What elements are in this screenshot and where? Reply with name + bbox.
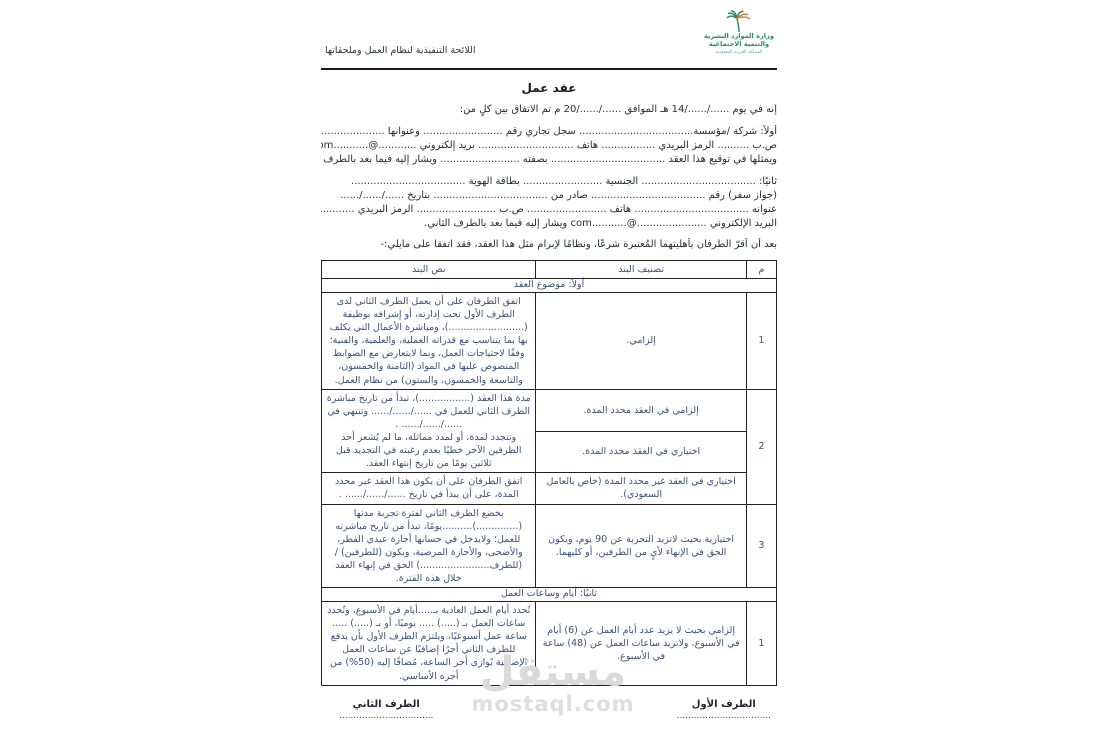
party1-block: أولاً: شركة /مؤسسة......................… <box>321 125 777 167</box>
header-num: م <box>746 261 776 279</box>
signature-party1: الطرف الأول ............................… <box>677 699 771 724</box>
palm-tree-icon <box>703 10 775 32</box>
clause-paragraph-2: وتتجدد لمدة، أو لمدد مماثلة، ما لم يُشعر… <box>326 431 531 470</box>
clause-text: تُحدد أيام العمل العادية بـ.....أيام في … <box>322 602 536 686</box>
clause-text: يخضع الطرف الثاني لفترة تجربة مدتها (...… <box>322 504 536 588</box>
classification-text: اختياري في العقد غير محدد المدة (خاص بال… <box>536 473 746 504</box>
page-header: وزارة الموارد البشرية والتنمية الاجتماعي… <box>321 0 777 70</box>
row-number: 3 <box>746 504 776 588</box>
classification-text: اختيارية بحيث لاتزيد التجربة عن 90 يوم، … <box>536 504 746 588</box>
contract-clauses-table: م تصنيف البند نص البند أولاً: موضوع العق… <box>321 260 777 686</box>
document-page: وزارة الموارد البشرية والتنمية الاجتماعي… <box>0 0 1096 744</box>
table-row: 3 اختيارية بحيث لاتزيد التجربة عن 90 يوم… <box>322 504 777 588</box>
table-row: 1 إلزامي. اتفق الطرفان على أن يعمل الطرف… <box>322 292 777 389</box>
signatures-block: الطرف الأول ............................… <box>321 699 777 724</box>
clause-text: مدة هذا العقد (.................)، تبدأ … <box>322 389 536 473</box>
clause-text: اتفق الطرفان على أن يكون هذا العقد غير م… <box>322 473 536 504</box>
signature-party1-label: الطرف الأول <box>677 699 771 710</box>
party1-line-1: أولاً: شركة /مؤسسة......................… <box>321 125 777 139</box>
classification-text: إلزامي بحيث لا يزيد عدد أيام العمل عن (6… <box>536 602 746 686</box>
clause-paragraph-1: مدة هذا العقد (.................)، تبدأ … <box>326 392 531 431</box>
contract-title: عقد عمل <box>321 81 777 95</box>
agreement-line: بعد أن أقرّ الطرفان بأهليتهما المُعتبرة … <box>321 238 777 252</box>
signature-party2-line: ................................. <box>339 710 433 724</box>
section1-title: أولاً: موضوع العقد <box>322 279 777 293</box>
table-row: 1 إلزامي بحيث لا يزيد عدد أيام العمل عن … <box>322 602 777 686</box>
signature-party2-label: الطرف الثاني <box>339 699 433 710</box>
table-row: اختياري في العقد غير محدد المدة (خاص بال… <box>322 473 777 504</box>
signature-party2: الطرف الثاني ...........................… <box>339 699 433 724</box>
party2-line-2: (جواز سفر) رقم .........................… <box>321 189 777 203</box>
row-number: 1 <box>746 292 776 389</box>
header-clause: نص البند <box>322 261 536 279</box>
classification-text: اختياري في العقد محدد المدة. <box>536 431 746 473</box>
section1-title-row: أولاً: موضوع العقد <box>322 279 777 293</box>
table-header-row: م تصنيف البند نص البند <box>322 261 777 279</box>
classification-text: إلزامي في العقد محدد المدة. <box>536 389 746 431</box>
table-row: 2 إلزامي في العقد محدد المدة. مدة هذا ال… <box>322 389 777 431</box>
ministry-name-line2: والتنمية الاجتماعية <box>703 41 775 49</box>
row-number: 2 <box>746 389 776 504</box>
classification-text: إلزامي. <box>536 292 746 389</box>
date-line: إنه في يوم ....../....../14 هـ الموافق .… <box>321 103 777 117</box>
party2-line-4: البريد الإلكتروني ......................… <box>321 217 777 231</box>
row-number: 1 <box>746 602 776 686</box>
signature-party1-line: ................................. <box>677 710 771 724</box>
ministry-tagline: المملكة العربية السعودية <box>703 50 775 56</box>
preamble-date: إنه في يوم ....../....../14 هـ الموافق .… <box>321 103 777 117</box>
document-label: اللائحة التنفيذية لنظام العمل وملحقاتها <box>325 45 476 56</box>
party2-line-3: عنوانه .................................… <box>321 203 777 217</box>
party1-line-2: ص.ب .......... الرمز البريدي ...........… <box>321 139 777 153</box>
ministry-logo: وزارة الموارد البشرية والتنمية الاجتماعي… <box>703 10 775 55</box>
party2-block: ثانيًا: ................................… <box>321 175 777 231</box>
page-content: وزارة الموارد البشرية والتنمية الاجتماعي… <box>321 0 777 723</box>
section2-title-row: ثانيًا: أيام وساعات العمل <box>322 588 777 602</box>
party1-line-3: ويمثلها في توقيع هذا العقد .............… <box>321 153 777 167</box>
section2-title: ثانيًا: أيام وساعات العمل <box>322 588 777 602</box>
party2-line-1: ثانيًا: ................................… <box>321 175 777 189</box>
clause-text: اتفق الطرفان على أن يعمل الطرف الثاني لد… <box>322 292 536 389</box>
header-classification: تصنيف البند <box>536 261 746 279</box>
